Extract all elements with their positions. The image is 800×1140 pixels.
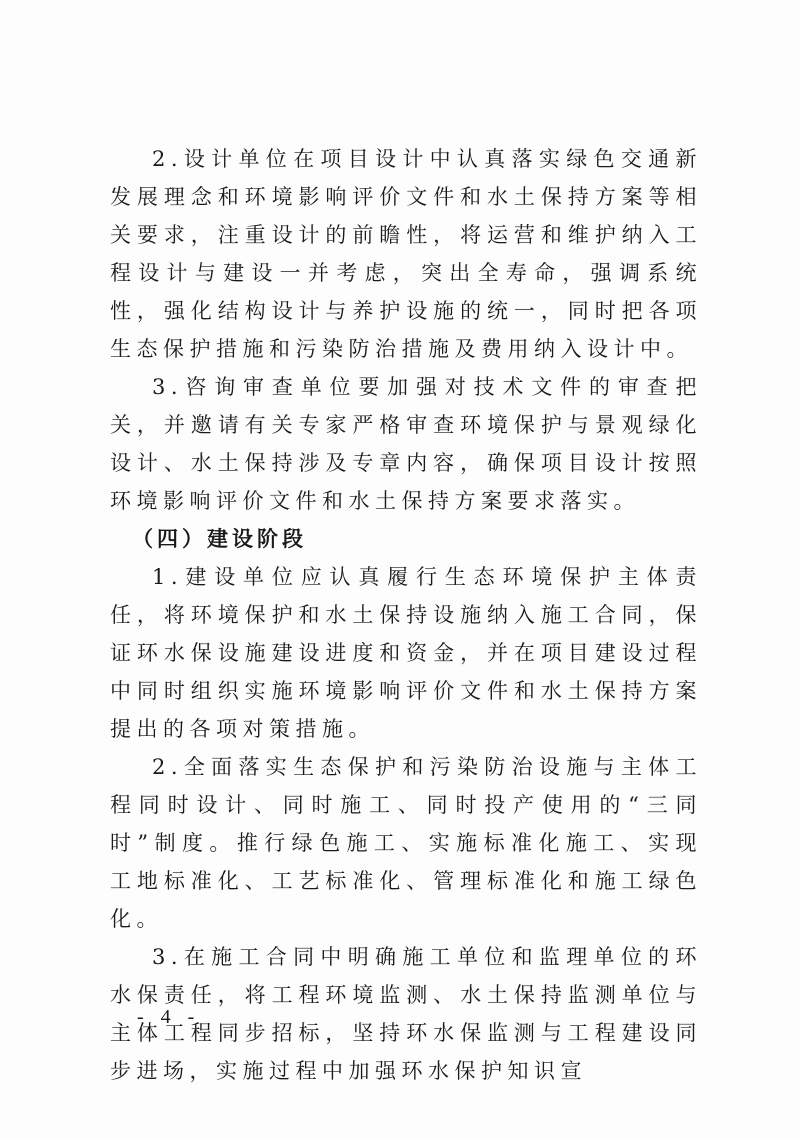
- document-page: 2.设计单位在项目设计中认真落实绿色交通新发展理念和环境影响评价文件和水土保持方…: [0, 0, 800, 1140]
- section-heading-construction-stage: （四）建设阶段: [110, 520, 702, 558]
- document-body: 2.设计单位在项目设计中认真落实绿色交通新发展理念和环境影响评价文件和水土保持方…: [110, 140, 702, 1090]
- paragraph-consulting-review: 3.咨询审查单位要加强对技术文件的审查把关，并邀请有关专家严格审查环境保护与景观…: [110, 368, 702, 520]
- paragraph-design-unit: 2.设计单位在项目设计中认真落实绿色交通新发展理念和环境影响评价文件和水土保持方…: [110, 140, 702, 368]
- paragraph-three-simultaneities: 2.全面落实生态保护和污染防治设施与主体工程同时设计、同时施工、同时投产使用的“…: [110, 748, 702, 938]
- page-number: - 4 -: [137, 1006, 200, 1029]
- paragraph-construction-unit: 1.建设单位应认真履行生态环境保护主体责任，将环境保护和水土保持设施纳入施工合同…: [110, 558, 702, 748]
